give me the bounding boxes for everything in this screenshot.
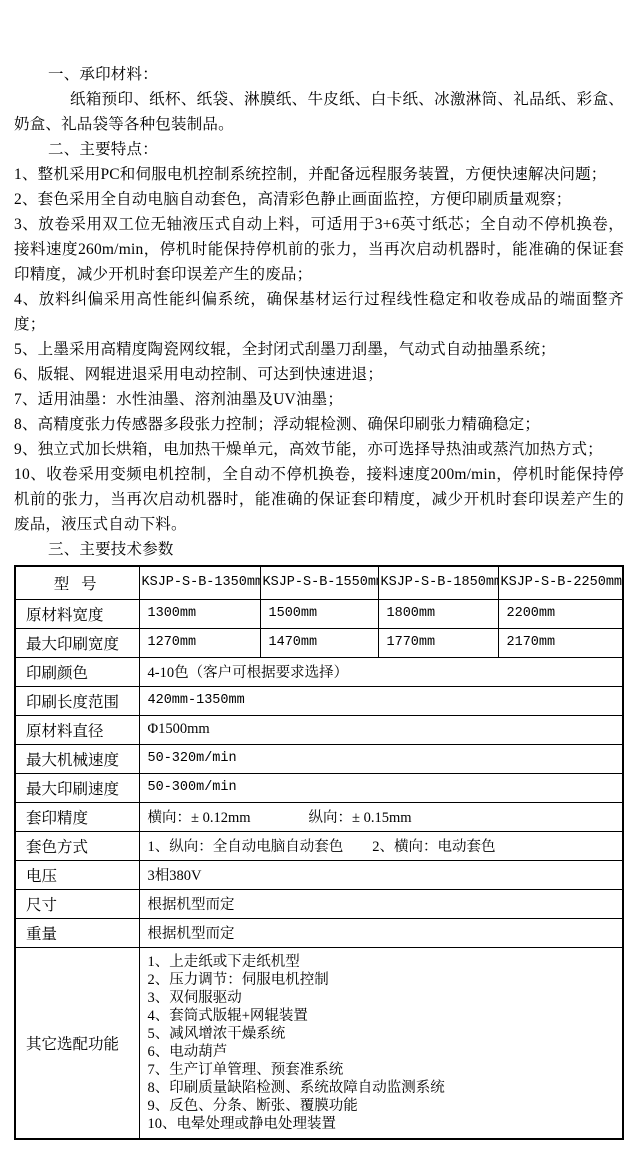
- spec-row-raw-material-width: 原材料宽度 1300mm 1500mm 1800mm 2200mm: [15, 599, 623, 628]
- spec-row-model: 型 号 KSJP-S-B-1350mm KSJP-S-B-1550mm KSJP…: [15, 566, 623, 599]
- spec-value: 50-300m/min: [139, 773, 623, 802]
- spec-row-weight: 重量 根据机型而定: [15, 918, 623, 947]
- feature-item-8: 8、高精度张力传感器多段张力控制；浮动辊检测、确保印刷张力精确稳定；: [14, 412, 624, 437]
- document-page: 一、承印材料： 纸箱预印、纸杯、纸袋、淋膜纸、牛皮纸、白卡纸、冰激淋筒、礼品纸、…: [0, 0, 640, 1140]
- spec-value: 1770mm: [378, 628, 498, 657]
- spec-row-optional-functions: 其它选配功能 1、上走纸或下走纸机型 2、压力调节：伺服电机控制 3、双伺服驱动…: [15, 947, 623, 1139]
- spec-label: 套色方式: [15, 831, 139, 860]
- model-name: KSJP-S-B-1550mm: [260, 566, 378, 599]
- spec-label: 电压: [15, 860, 139, 889]
- spec-value: 1270mm: [139, 628, 260, 657]
- feature-item-9: 9、独立式加长烘箱，电加热干燥单元，高效节能，亦可选择导热油或蒸汽加热方式；: [14, 437, 624, 462]
- section3-heading: 三、主要技术参数: [14, 537, 624, 562]
- spec-row-print-colors: 印刷颜色 4-10色（客户可根据要求选择）: [15, 657, 623, 686]
- spec-value: 1470mm: [260, 628, 378, 657]
- spec-value: 420mm-1350mm: [139, 686, 623, 715]
- spec-value: 4-10色（客户可根据要求选择）: [139, 657, 623, 686]
- spec-value: 1300mm: [139, 599, 260, 628]
- spec-label: 原材料直径: [15, 715, 139, 744]
- spec-row-max-print-speed: 最大印刷速度 50-300m/min: [15, 773, 623, 802]
- spec-row-print-length-range: 印刷长度范围 420mm-1350mm: [15, 686, 623, 715]
- spec-table: 型 号 KSJP-S-B-1350mm KSJP-S-B-1550mm KSJP…: [14, 565, 624, 1140]
- spec-value: 根据机型而定: [139, 918, 623, 947]
- spec-row-max-mechanical-speed: 最大机械速度 50-320m/min: [15, 744, 623, 773]
- spec-value: 根据机型而定: [139, 889, 623, 918]
- feature-item-4: 4、放料纠偏采用高性能纠偏系统，确保基材运行过程线性稳定和收卷成品的端面整齐度；: [14, 287, 624, 337]
- spec-value: 1、上走纸或下走纸机型 2、压力调节：伺服电机控制 3、双伺服驱动 4、套筒式版…: [139, 947, 623, 1139]
- spec-label: 最大机械速度: [15, 744, 139, 773]
- feature-item-10: 10、收卷采用变频电机控制，全自动不停机换卷，接料速度200m/min，停机时能…: [14, 462, 624, 537]
- section1-heading: 一、承印材料：: [14, 62, 624, 87]
- spec-row-max-print-width: 最大印刷宽度 1270mm 1470mm 1770mm 2170mm: [15, 628, 623, 657]
- model-row-label: 型 号: [15, 566, 139, 599]
- spec-value: 横向：± 0.12mm 纵向：± 0.15mm: [139, 802, 623, 831]
- spec-label: 其它选配功能: [15, 947, 139, 1139]
- feature-item-1: 1、整机采用PC和伺服电机控制系统控制，并配备远程服务装置，方便快速解决问题；: [14, 162, 624, 187]
- spec-label: 原材料宽度: [15, 599, 139, 628]
- model-name: KSJP-S-B-2250mm: [498, 566, 623, 599]
- feature-item-2: 2、套色采用全自动电脑自动套色，高清彩色静止画面监控，方便印刷质量观察；: [14, 187, 624, 212]
- spec-label: 最大印刷宽度: [15, 628, 139, 657]
- section2-heading: 二、主要特点：: [14, 137, 624, 162]
- spec-label: 套印精度: [15, 802, 139, 831]
- spec-value: 2170mm: [498, 628, 623, 657]
- spec-row-voltage: 电压 3相380V: [15, 860, 623, 889]
- feature-item-7: 7、适用油墨：水性油墨、溶剂油墨及UV油墨；: [14, 387, 624, 412]
- spec-value: Φ1500mm: [139, 715, 623, 744]
- model-name: KSJP-S-B-1350mm: [139, 566, 260, 599]
- spec-value: 1、纵向：全自动电脑自动套色 2、横向：电动套色: [139, 831, 623, 860]
- spec-label: 重量: [15, 918, 139, 947]
- spec-label: 尺寸: [15, 889, 139, 918]
- spec-value: 1500mm: [260, 599, 378, 628]
- materials-paragraph: 纸箱预印、纸杯、纸袋、淋膜纸、牛皮纸、白卡纸、冰激淋筒、礼品纸、彩盒、奶盒、礼品…: [14, 87, 624, 137]
- feature-item-3: 3、放卷采用双工位无轴液压式自动上料，可适用于3+6英寸纸芯；全自动不停机换卷，…: [14, 212, 624, 287]
- spec-value: 3相380V: [139, 860, 623, 889]
- spec-value: 50-320m/min: [139, 744, 623, 773]
- model-name: KSJP-S-B-1850mm: [378, 566, 498, 599]
- spec-row-register-accuracy: 套印精度 横向：± 0.12mm 纵向：± 0.15mm: [15, 802, 623, 831]
- spec-label: 印刷颜色: [15, 657, 139, 686]
- feature-item-5: 5、上墨采用高精度陶瓷网纹辊，全封闭式刮墨刀刮墨，气动式自动抽墨系统；: [14, 337, 624, 362]
- feature-item-6: 6、版辊、网辊进退采用电动控制、可达到快速进退；: [14, 362, 624, 387]
- spec-value: 2200mm: [498, 599, 623, 628]
- spec-label: 最大印刷速度: [15, 773, 139, 802]
- spec-row-material-diameter: 原材料直径 Φ1500mm: [15, 715, 623, 744]
- spec-row-register-mode: 套色方式 1、纵向：全自动电脑自动套色 2、横向：电动套色: [15, 831, 623, 860]
- spec-row-dimensions: 尺寸 根据机型而定: [15, 889, 623, 918]
- spec-label: 印刷长度范围: [15, 686, 139, 715]
- spec-value: 1800mm: [378, 599, 498, 628]
